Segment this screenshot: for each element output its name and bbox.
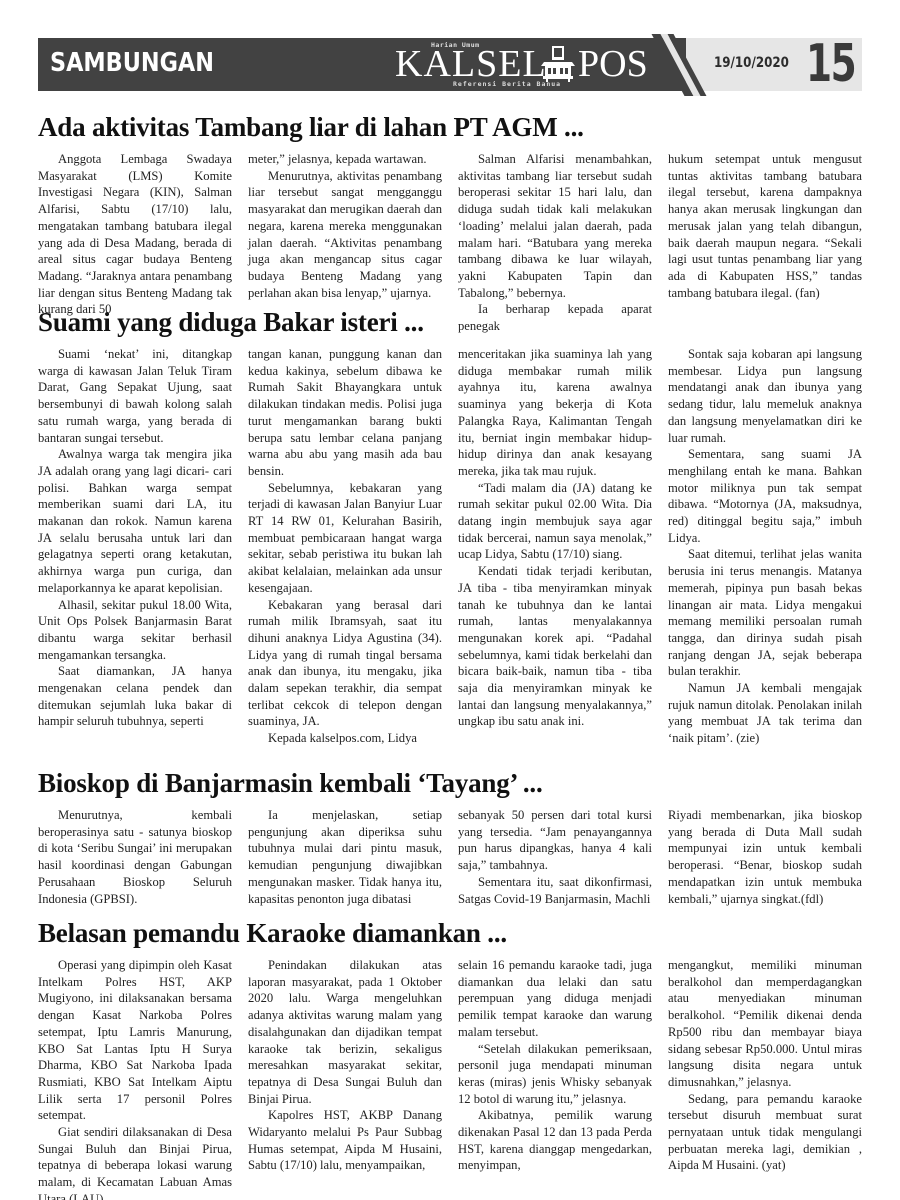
article-column: menceritakan jika suaminya lah yang didu… xyxy=(458,346,652,747)
paragraph: Sementara, sang suami JA menghilang enta… xyxy=(668,446,862,546)
paragraph: Kapolres HST, AKBP Danang Widaryanto mel… xyxy=(248,1107,442,1174)
paragraph: Operasi yang dipimpin oleh Kasat Intelka… xyxy=(38,957,232,1124)
article-column: Ia menjelaskan, setiap pengunjung akan d… xyxy=(248,807,442,907)
article-headline: Bioskop di Banjarmasin kembali ‘Tayang’ … xyxy=(38,767,862,799)
brand-logo: Harian Umum KALSEL POS Referensi Berita … xyxy=(393,40,653,90)
article-column: tangan kanan, punggung kanan dan kedua k… xyxy=(248,346,442,747)
section-label: SAMBUNGAN xyxy=(50,48,214,78)
paragraph: selain 16 pemandu karaoke tadi, juga dia… xyxy=(458,957,652,1041)
paragraph: Saat ditemui, terlihat jelas wanita beru… xyxy=(668,546,862,680)
paragraph: Anggota Lembaga Swadaya Masyarakat (LMS)… xyxy=(38,151,232,318)
paragraph: Sontak saja kobaran api langsung membesa… xyxy=(668,346,862,446)
article-suami-bakar-isteri: Suami yang diduga Bakar isteri ... Suami… xyxy=(38,306,862,747)
paragraph: meter,” jelasnya, kepada wartawan. xyxy=(248,151,442,168)
paragraph: Kepada kalselpos.com, Lidya xyxy=(248,730,442,747)
article-pemandu-karaoke: Belasan pemandu Karaoke diamankan ... Op… xyxy=(38,917,862,1200)
paragraph: “Setelah dilakukan pemeriksaan, personil… xyxy=(458,1041,652,1108)
paragraph: Kebakaran yang berasal dari rumah milik … xyxy=(248,597,442,731)
paragraph: tangan kanan, punggung kanan dan kedua k… xyxy=(248,346,442,480)
paragraph: Saat diamankan, JA hanya mengenakan cela… xyxy=(38,663,232,730)
paragraph: Menurutnya, aktivitas penambang liar ter… xyxy=(248,168,442,302)
article-column: selain 16 pemandu karaoke tadi, juga dia… xyxy=(458,957,652,1200)
paragraph: sebanyak 50 persen dari total kursi yang… xyxy=(458,807,652,874)
brand-name-right: POS xyxy=(578,42,648,86)
article-headline: Suami yang diduga Bakar isteri ... xyxy=(38,306,862,338)
paragraph: Suami ‘nekat’ ini, ditangkap warga di ka… xyxy=(38,346,232,446)
paragraph: mengangkut, memiliki minuman beralkohol … xyxy=(668,957,862,1091)
paragraph: menceritakan jika suaminya lah yang didu… xyxy=(458,346,652,480)
article-headline: Ada aktivitas Tambang liar di lahan PT A… xyxy=(38,111,862,143)
article-columns: Suami ‘nekat’ ini, ditangkap warga di ka… xyxy=(38,346,862,747)
paragraph: Kendati tidak terjadi keributan, JA tiba… xyxy=(458,563,652,730)
article-tambang-liar: Ada aktivitas Tambang liar di lahan PT A… xyxy=(38,111,862,335)
paragraph: Alhasil, sekitar pukul 18.00 Wita, Unit … xyxy=(38,597,232,664)
paragraph: Penindakan dilakukan atas laporan masyar… xyxy=(248,957,442,1107)
article-bioskop-banjarmasin: Bioskop di Banjarmasin kembali ‘Tayang’ … xyxy=(38,767,862,907)
article-column: mengangkut, memiliki minuman beralkohol … xyxy=(668,957,862,1200)
paragraph: Awalnya warga tak mengira jika JA adalah… xyxy=(38,446,232,596)
paragraph: Sementara itu, saat dikonfirmasi, Satgas… xyxy=(458,874,652,907)
lantern-house-icon xyxy=(541,44,575,82)
article-column: Riyadi membenarkan, jika bioskop yang be… xyxy=(668,807,862,907)
article-column: sebanyak 50 persen dari total kursi yang… xyxy=(458,807,652,907)
article-column: Operasi yang dipimpin oleh Kasat Intelka… xyxy=(38,957,232,1200)
masthead: SAMBUNGAN Harian Umum KALSEL POS Referen… xyxy=(38,38,862,91)
paragraph: Menurutnya, kembali beroperasinya satu -… xyxy=(38,807,232,907)
issue-date: 19/10/2020 xyxy=(714,55,789,71)
paragraph: Sedang, para pemandu karaoke tersebut di… xyxy=(668,1091,862,1175)
article-column: Menurutnya, kembali beroperasinya satu -… xyxy=(38,807,232,907)
paragraph: Sebelumnya, kebakaran yang terjadi di ka… xyxy=(248,480,442,597)
paragraph: Ia menjelaskan, setiap pengunjung akan d… xyxy=(248,807,442,907)
article-column: Sontak saja kobaran api langsung membesa… xyxy=(668,346,862,747)
paragraph: Namun JA kembali mengajak rujuk namun di… xyxy=(668,680,862,747)
page-number: 15 xyxy=(806,34,855,94)
article-columns: Menurutnya, kembali beroperasinya satu -… xyxy=(38,807,862,907)
paragraph: Akibatnya, pemilik warung dikenakan Pasa… xyxy=(458,1107,652,1174)
paragraph: Salman Alfarisi menambahkan, aktivitas t… xyxy=(458,151,652,301)
paragraph: Riyadi membenarkan, jika bioskop yang be… xyxy=(668,807,862,907)
article-headline: Belasan pemandu Karaoke diamankan ... xyxy=(38,917,862,949)
brand-tagline: Referensi Berita Banua xyxy=(453,80,561,88)
article-column: Suami ‘nekat’ ini, ditangkap warga di ka… xyxy=(38,346,232,747)
article-columns: Operasi yang dipimpin oleh Kasat Intelka… xyxy=(38,957,862,1200)
paragraph: Giat sendiri dilaksanakan di Desa Sungai… xyxy=(38,1124,232,1200)
paragraph: “Tadi malam dia (JA) datang ke rumah sek… xyxy=(458,480,652,564)
article-column: Penindakan dilakukan atas laporan masyar… xyxy=(248,957,442,1200)
paragraph: hukum setempat untuk mengusut tuntas akt… xyxy=(668,151,862,301)
